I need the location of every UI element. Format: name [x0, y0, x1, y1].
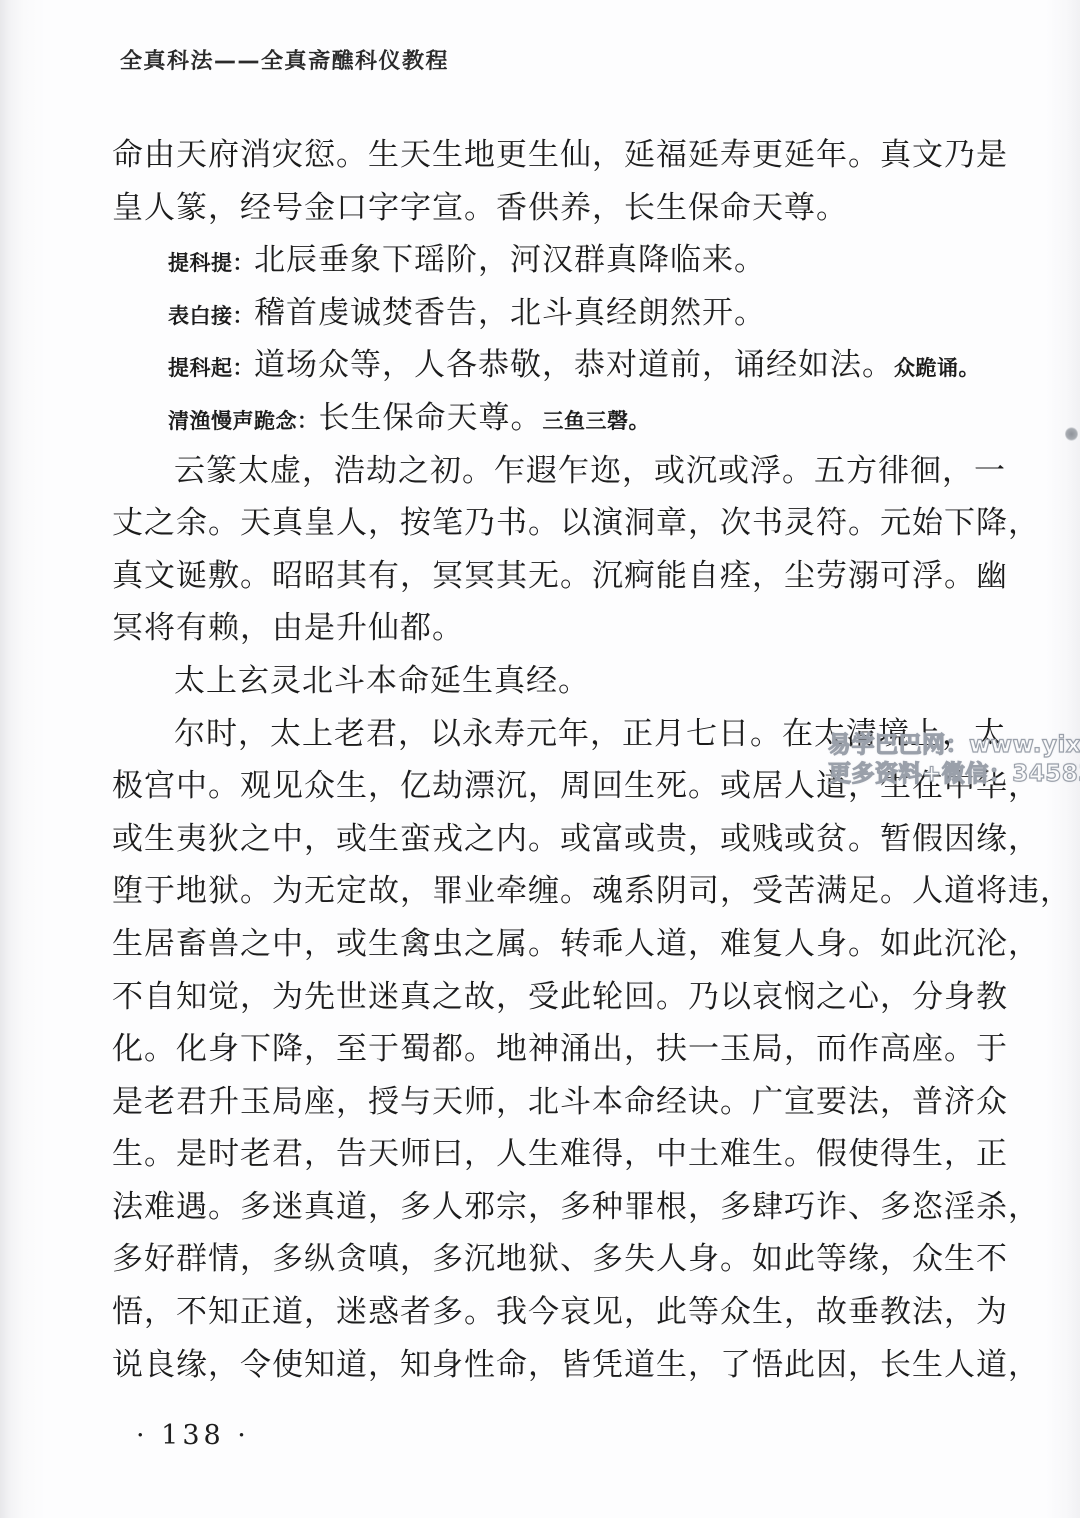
- line-text: 丈之余。天真皇人，按笔乃书。以演洞章，次书灵符。元始下降，: [112, 505, 1040, 541]
- line-text: 法难遇。多迷真道，多人邪宗，多种罪根，多肆巧诈、多恣淫杀，: [112, 1189, 1040, 1225]
- text-line: 云篆太虚，浩劫之初。乍遐乍迩，或沉或浮。五方徘徊，一: [112, 445, 1012, 498]
- stage-direction-prefix: 提科起：: [168, 355, 254, 380]
- line-text: 生。是时老君，告天师曰，人生难得，中土难生。假使得生，正: [112, 1136, 1008, 1172]
- stage-direction-note: 众跪诵。: [894, 355, 980, 380]
- line-text: 生居畜兽之中，或生禽虫之属。转乖人道，难复人身。如此沉沦，: [112, 926, 1040, 962]
- line-text: 是老君升玉局座，授与天师，北斗本命经诀。广宣要法，普济众: [112, 1084, 1008, 1120]
- text-line: 说良缘，令使知道，知身性命，皆凭道生，了悟此因，长生人道，: [112, 1339, 1012, 1392]
- text-line: 不自知觉，为先世迷真之故，受此轮回。乃以哀悯之心，分身教: [112, 971, 1012, 1024]
- stage-direction-prefix: 提科提：: [168, 250, 254, 275]
- line-text: 或生夷狄之中，或生蛮戎之内。或富或贵，或贱或贫。暂假因缘，: [112, 821, 1040, 857]
- book-page: 全真科法——全真斋醮科仪教程 命由天府消灾愆。生天生地更生仙，延福延寿更延年。真…: [0, 0, 1080, 1518]
- line-text: 稽首虔诚焚香告，北斗真经朗然开。: [254, 295, 766, 331]
- line-text: 命由天府消灾愆。生天生地更生仙，延福延寿更延年。真文乃是: [112, 137, 1008, 173]
- stage-direction-prefix: 表白接：: [168, 303, 254, 328]
- text-line: 提科提：北辰垂象下瑶阶，河汉群真降临来。: [112, 234, 1012, 287]
- line-text: 真文诞敷。昭昭其有，冥冥其无。沉痾能自痊，尘劳溺可浮。幽: [112, 558, 1008, 594]
- scan-smudge-dot: [1065, 427, 1078, 441]
- page-number: · 138 ·: [136, 1420, 250, 1451]
- stage-direction-note: 三鱼三磬。: [543, 408, 651, 433]
- line-text: 不自知觉，为先世迷真之故，受此轮回。乃以哀悯之心，分身教: [112, 979, 1008, 1015]
- watermark-contact: 更多资料+微信：3458344044: [828, 760, 1080, 789]
- text-line: 或生夷狄之中，或生蛮戎之内。或富或贵，或贱或贫。暂假因缘，: [112, 813, 1012, 866]
- watermark-site: 易学巴巴网：www.yixue88.cn: [828, 731, 1080, 760]
- running-header: 全真科法——全真斋醮科仪教程: [119, 44, 449, 75]
- text-line: 提科起：道场众等，人各恭敬，恭对道前，诵经如法。众跪诵。: [112, 339, 1012, 392]
- text-line: 冥将有赖，由是升仙都。: [112, 602, 1012, 655]
- line-text: 化。化身下降，至于蜀都。地神涌出，扶一玉局，而作高座。于: [112, 1031, 1008, 1067]
- line-text: 堕于地狱。为无定故，罪业牵缠。魂系阴司，受苦满足。人道将违，: [112, 873, 1072, 909]
- text-line: 皇人篆，经号金口字字宣。香供养，长生保命天尊。: [112, 182, 1012, 235]
- line-text: 冥将有赖，由是升仙都。: [112, 610, 464, 646]
- line-text: 云篆太虚，浩劫之初。乍遐乍迩，或沉或浮。五方徘徊，一: [174, 453, 1006, 489]
- text-line: 生。是时老君，告天师曰，人生难得，中土难生。假使得生，正: [112, 1128, 1012, 1181]
- line-text: 道场众等，人各恭敬，恭对道前，诵经如法。: [254, 347, 894, 383]
- line-text: 北辰垂象下瑶阶，河汉群真降临来。: [254, 242, 766, 278]
- text-line: 多好群情，多纵贪嗔，多沉地狱、多失人身。如此等缘，众生不: [112, 1233, 1012, 1286]
- text-line: 悟，不知正道，迷惑者多。我今哀见，此等众生，故垂教法，为: [112, 1286, 1012, 1339]
- text-line: 清渔慢声跪念：长生保命天尊。三鱼三磬。: [112, 392, 1012, 445]
- line-text: 说良缘，令使知道，知身性命，皆凭道生，了悟此因，长生人道，: [112, 1347, 1040, 1383]
- text-line: 太上玄灵北斗本命延生真经。: [112, 655, 1012, 708]
- text-line: 堕于地狱。为无定故，罪业牵缠。魂系阴司，受苦满足。人道将违，: [112, 865, 1012, 918]
- text-line: 丈之余。天真皇人，按笔乃书。以演洞章，次书灵符。元始下降，: [112, 497, 1012, 550]
- line-text: 皇人篆，经号金口字字宣。香供养，长生保命天尊。: [112, 190, 848, 226]
- text-line: 法难遇。多迷真道，多人邪宗，多种罪根，多肆巧诈、多恣淫杀，: [112, 1181, 1012, 1234]
- text-line: 表白接：稽首虔诚焚香告，北斗真经朗然开。: [112, 287, 1012, 340]
- text-line: 化。化身下降，至于蜀都。地神涌出，扶一玉局，而作高座。于: [112, 1023, 1012, 1076]
- stage-direction-prefix: 清渔慢声跪念：: [168, 408, 319, 433]
- text-line: 命由天府消灾愆。生天生地更生仙，延福延寿更延年。真文乃是: [112, 129, 1012, 182]
- scan-edge-left: [0, 0, 46, 1518]
- line-text: 悟，不知正道，迷惑者多。我今哀见，此等众生，故垂教法，为: [112, 1294, 1008, 1330]
- line-text: 多好群情，多纵贪嗔，多沉地狱、多失人身。如此等缘，众生不: [112, 1241, 1008, 1277]
- text-line: 真文诞敷。昭昭其有，冥冥其无。沉痾能自痊，尘劳溺可浮。幽: [112, 550, 1012, 603]
- line-text: 长生保命天尊。: [319, 400, 543, 436]
- text-line: 生居畜兽之中，或生禽虫之属。转乖人道，难复人身。如此沉沦，: [112, 918, 1012, 971]
- watermark: 易学巴巴网：www.yixue88.cn 更多资料+微信：3458344044: [828, 731, 1080, 789]
- text-line: 是老君升玉局座，授与天师，北斗本命经诀。广宣要法，普济众: [112, 1076, 1012, 1129]
- line-text: 太上玄灵北斗本命延生真经。: [174, 663, 590, 699]
